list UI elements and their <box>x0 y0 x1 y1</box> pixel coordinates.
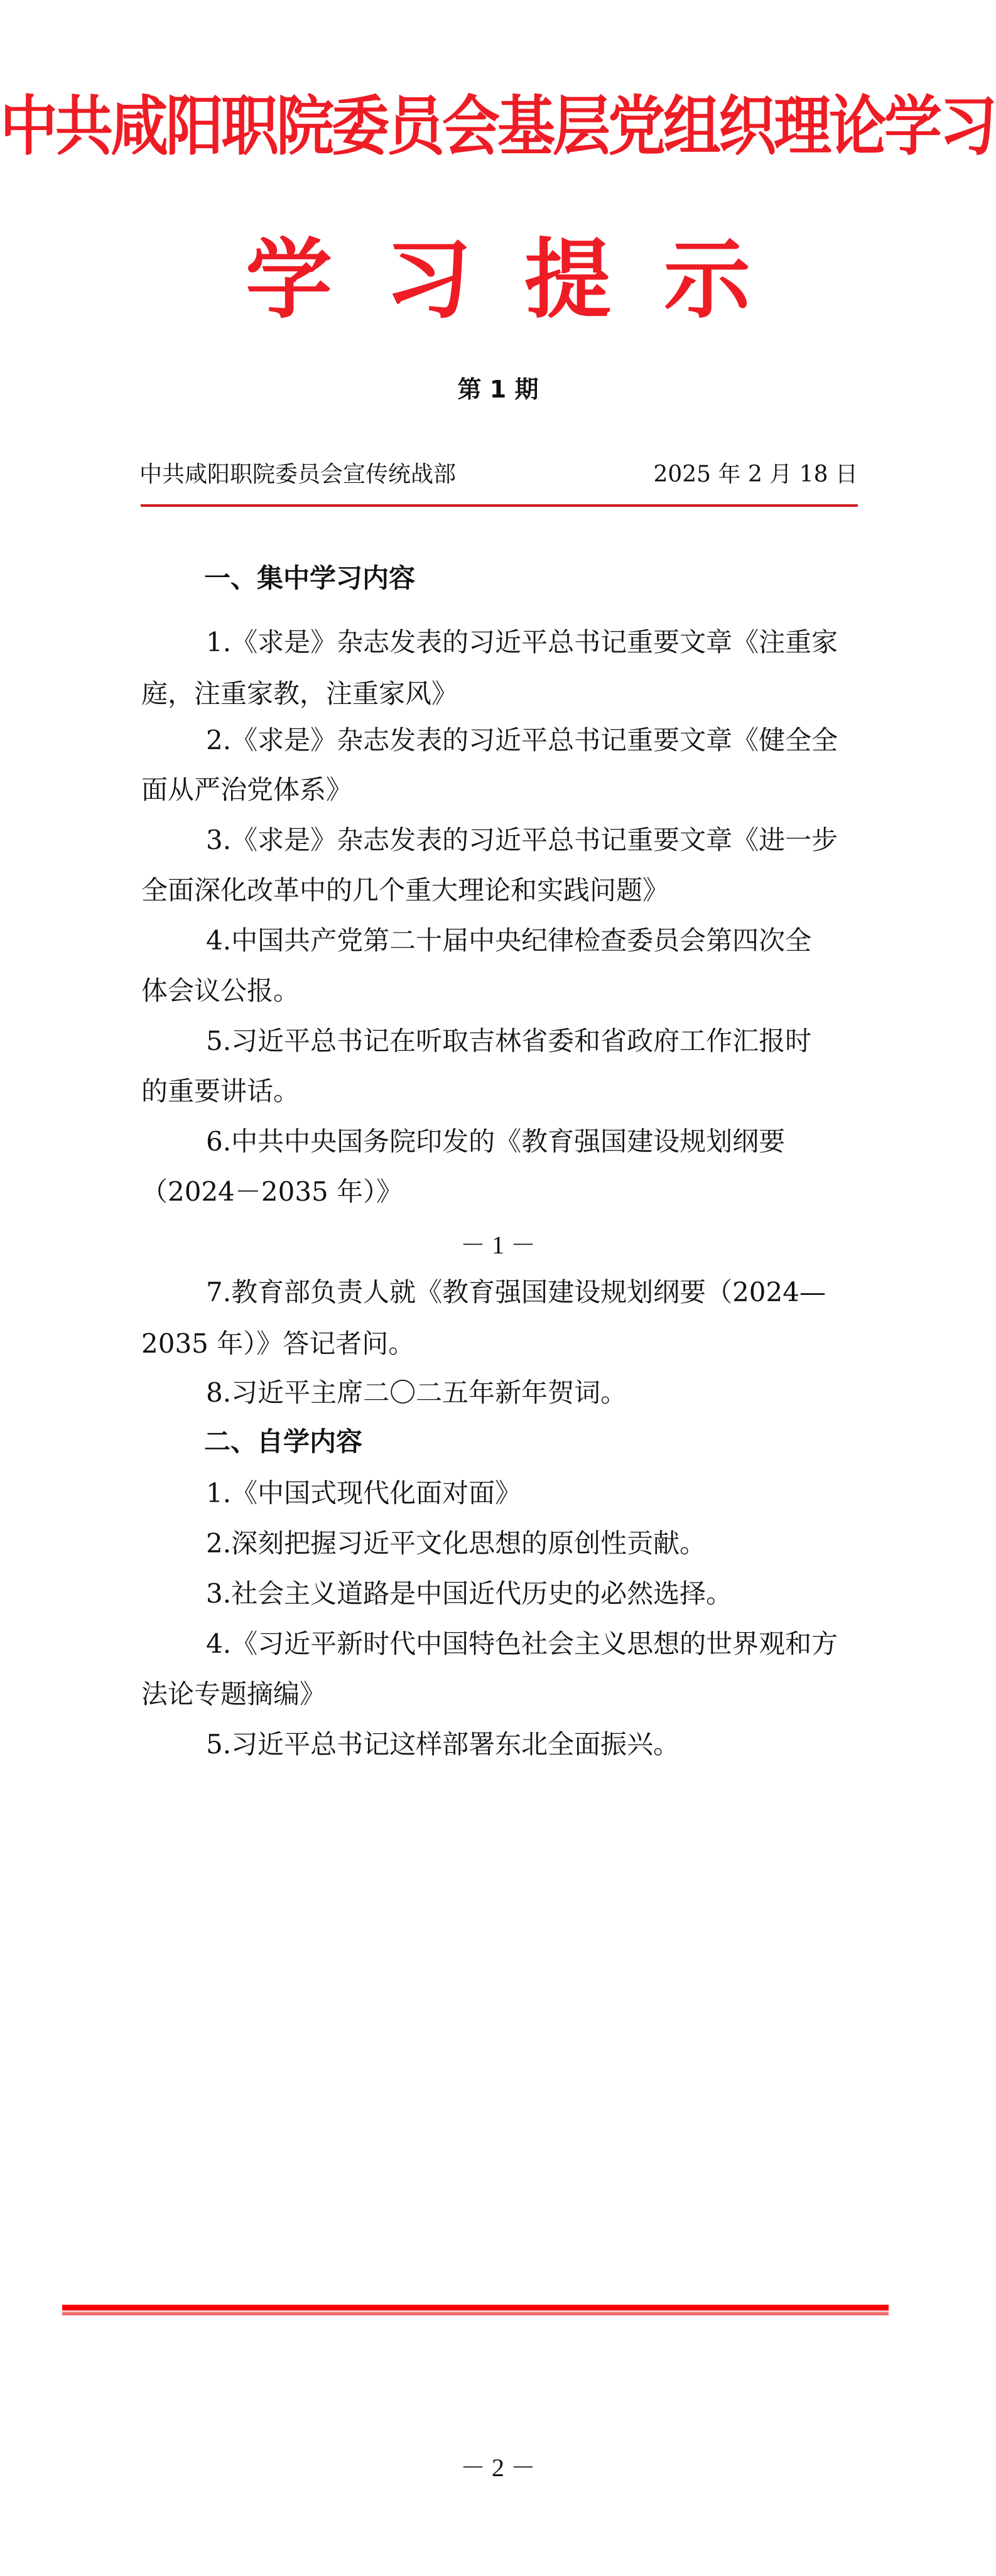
header-row: 中共咸阳职院委员会宣传统战部 2025 年 2 月 18 日 <box>139 456 858 489</box>
list-item-line: 5.习近平总书记在听取吉林省委和省政府工作汇报时 <box>206 1024 811 1059</box>
list-item-line: 面从严治党体系》 <box>141 772 352 808</box>
list-item-line: 2035 年）》答记者问。 <box>141 1326 414 1361</box>
list-item-line: 1.《求是》杂志发表的习近平总书记重要文章《注重家 <box>206 625 838 660</box>
list-item-line: 体会议公报。 <box>141 973 300 1009</box>
footer-divider-thick <box>62 2305 889 2310</box>
org-title: 中共咸阳职院委员会基层党组织理论学习中心组 <box>0 88 996 165</box>
list-item-line: 2.深刻把握习近平文化思想的原创性贡献。 <box>206 1526 706 1561</box>
list-item-line: 5.习近平总书记这样部署东北全面振兴。 <box>206 1727 679 1762</box>
list-item-line: 8.习近平主席二〇二五年新年贺词。 <box>206 1375 627 1410</box>
list-item-line: 全面深化改革中的几个重大理论和实践问题》 <box>141 873 669 908</box>
document-page: 中共咸阳职院委员会基层党组织理论学习中心组 学习提示 第 1 期 中共咸阳职院委… <box>0 0 996 2576</box>
list-item-line: 的重要讲话。 <box>141 1074 300 1109</box>
issue-number: 第 1 期 <box>0 374 996 404</box>
list-item-line: 庭，注重家教，注重家风》 <box>141 676 458 712</box>
list-item-line: 法论专题摘编》 <box>141 1677 326 1712</box>
list-item-line: 4.中国共产党第二十届中央纪律检查委员会第四次全 <box>206 923 811 958</box>
publish-date: 2025 年 2 月 18 日 <box>653 457 858 489</box>
publisher: 中共咸阳职院委员会宣传统战部 <box>139 457 456 489</box>
section-heading-centralized-study: 一、集中学习内容 <box>204 561 415 596</box>
section-heading-self-study: 二、自学内容 <box>204 1424 362 1459</box>
footer-divider-thin <box>62 2312 889 2315</box>
page-number-2: － 2 － <box>0 2452 996 2484</box>
main-title: 学习提示 <box>0 232 996 327</box>
list-item-line: （2024－2035 年）》 <box>141 1174 403 1210</box>
list-item-line: 7.教育部负责人就《教育强国建设规划纲要（2024— <box>206 1275 826 1310</box>
list-item-line: 6.中共中央国务院印发的《教育强国建设规划纲要 <box>206 1124 785 1159</box>
header-divider <box>141 504 858 507</box>
list-item-line: 3.《求是》杂志发表的习近平总书记重要文章《进一步 <box>206 823 838 858</box>
list-item-line: 3.社会主义道路是中国近代历史的必然选择。 <box>206 1576 732 1611</box>
list-item-line: 4.《习近平新时代中国特色社会主义思想的世界观和方 <box>206 1626 838 1662</box>
page-number-1: － 1 － <box>0 1230 996 1261</box>
list-item-line: 2.《求是》杂志发表的习近平总书记重要文章《健全全 <box>206 723 838 758</box>
list-item-line: 1.《中国式现代化面对面》 <box>206 1476 521 1511</box>
